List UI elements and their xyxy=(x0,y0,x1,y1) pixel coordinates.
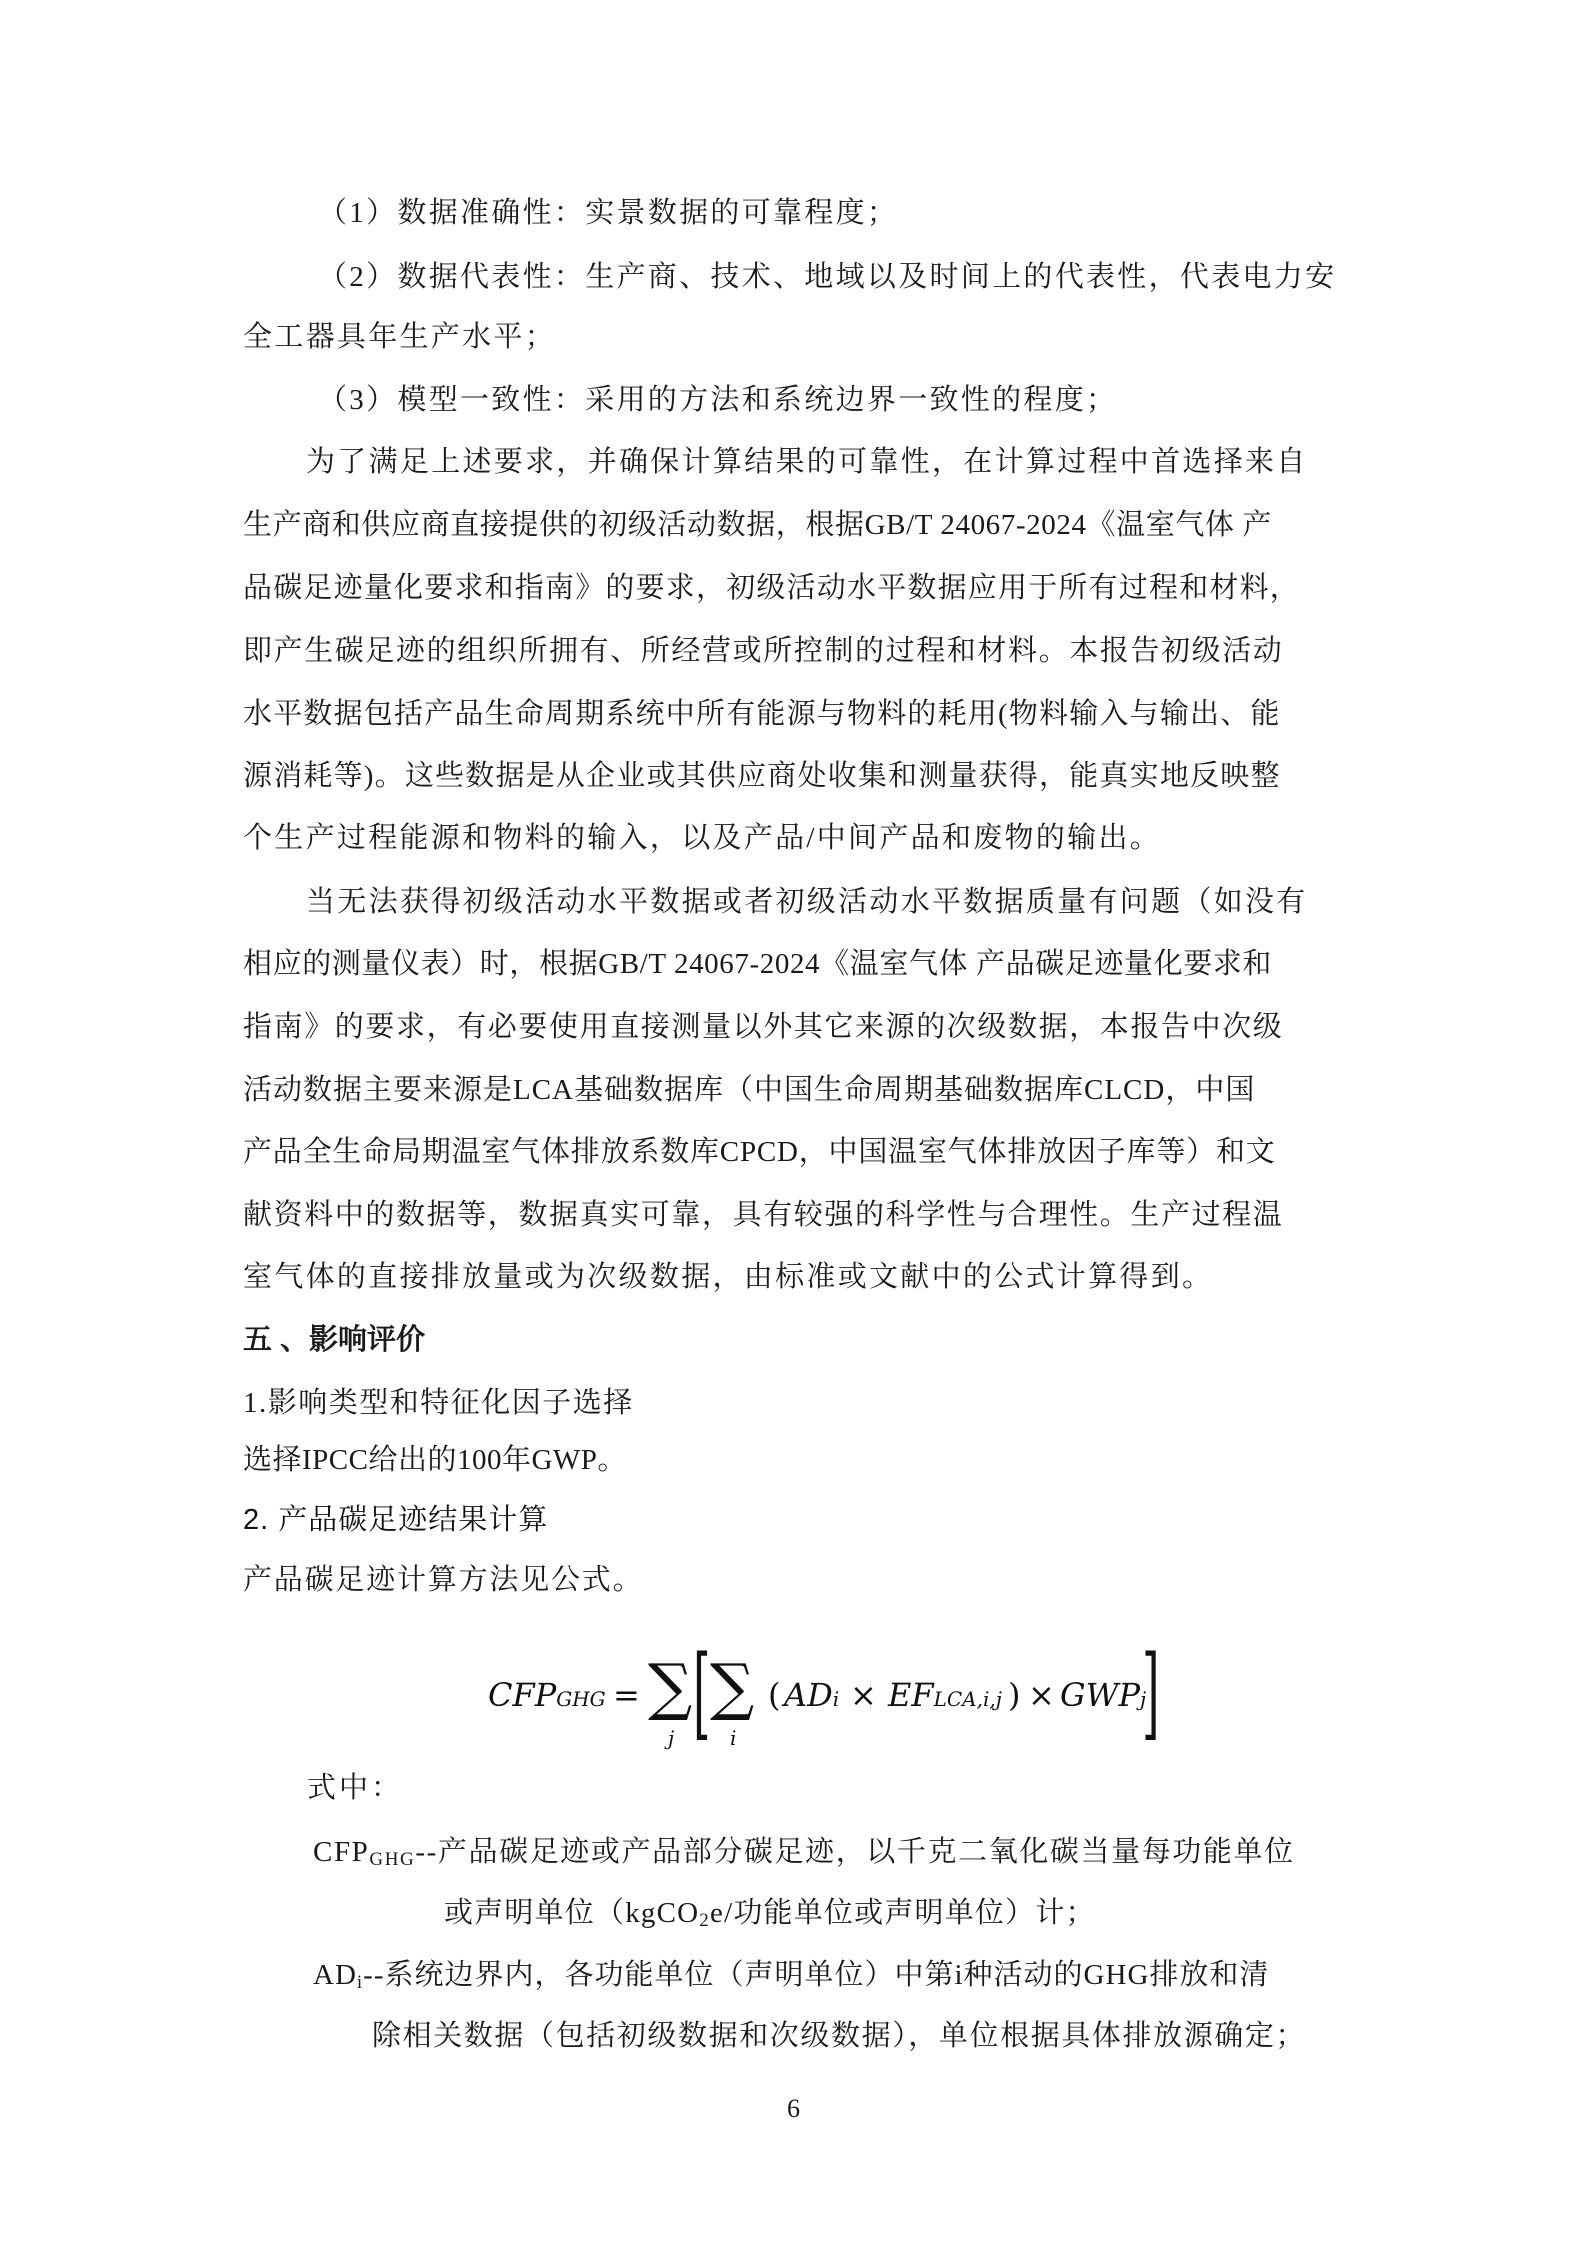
formula-ad: ADi xyxy=(784,1676,839,1714)
definition-ad-cont: 除相关数据（包括初级数据和次级数据），单位根据具体排放源确定； xyxy=(372,2016,1306,2056)
subsection-title-2: 2. 产品碳足迹结果计算 xyxy=(243,1500,548,1540)
inner-sum-index: i xyxy=(730,1726,736,1750)
page-number: 6 xyxy=(787,2094,800,2124)
document-page: （1）数据准确性：实景数据的可靠程度； （2）数据代表性：生产商、技术、地域以及… xyxy=(0,0,1588,2245)
paragraph-line: 指南》的要求，有必要使用直接测量以外其它来源的次级数据，本报告中次级 xyxy=(243,1007,1283,1047)
subsection-body-2: 产品碳足迹计算方法见公式。 xyxy=(243,1560,643,1600)
paragraph-line: 生产商和供应商直接提供的初级活动数据，根据GB/T 24067-2024《温室气… xyxy=(243,505,1272,545)
section-heading: 五 、影响评价 xyxy=(243,1320,425,1360)
definition-ad: ADi--系统边界内，各功能单位（声明单位）中第i种活动的GHG排放和清 xyxy=(313,1955,1269,2003)
times-1: × xyxy=(850,1676,877,1714)
paragraph-line: 室气体的直接排放量或为次级数据，由标准或文献中的公式计算得到。 xyxy=(243,1257,1213,1297)
formula-equals: = xyxy=(613,1676,640,1714)
paragraph-line: 水平数据包括产品生命周期系统中所有能源与物料的耗用(物料输入与输出、能 xyxy=(243,694,1281,734)
definition-cfp-cont: 或声明单位（kgCO2e/功能单位或声明单位）计； xyxy=(444,1893,1096,1941)
right-bracket: ] xyxy=(1142,1634,1160,1751)
where-label: 式中： xyxy=(307,1768,403,1808)
formula-ef: EFLCA,i,j xyxy=(888,1676,1002,1714)
paragraph-primary-data-start: 为了满足上述要求，并确保计算结果的可靠性，在计算过程中首选择来自 xyxy=(306,442,1308,482)
paragraph-line: 全工器具年生产水平； xyxy=(243,317,556,357)
outer-sum-index: j xyxy=(668,1726,674,1750)
inner-sum-symbol: ∑ xyxy=(710,1650,754,1723)
criteria-representativeness: （2）数据代表性：生产商、技术、地域以及时间上的代表性，代表电力安 xyxy=(318,257,1336,297)
carbon-footprint-formula: CFPGHG = ∑ j [ ∑ i ( ADi × EFLCA,i,j ) ×… xyxy=(488,1640,1128,1755)
formula-gwp: GWPj xyxy=(1060,1676,1146,1714)
paragraph-line: 产品全生命局期温室气体排放系数库CPCD，中国温室气体排放因子库等）和文 xyxy=(243,1132,1276,1172)
criteria-consistency: （3）模型一致性：采用的方法和系统边界一致性的程度； xyxy=(318,380,1117,420)
left-bracket: [ xyxy=(693,1634,711,1751)
paragraph-line: 源消耗等)。这些数据是从企业或其供应商处收集和测量获得，能真实地反映整 xyxy=(243,756,1281,796)
paragraph-line: 即产生碳足迹的组织所拥有、所经营或所控制的过程和材料。本报告初级活动 xyxy=(243,631,1283,671)
paragraph-line: 活动数据主要来源是LCA基础数据库（中国生命周期基础数据库CLCD，中国 xyxy=(243,1070,1255,1110)
paragraph-line: 品碳足迹量化要求和指南》的要求，初级活动水平数据应用于所有过程和材料， xyxy=(243,568,1300,608)
definition-cfp: CFPGHG--产品碳足迹或产品部分碳足迹，以千克二氧化碳当量每功能单位 xyxy=(313,1832,1295,1880)
subsection-title-1: 1.影响类型和特征化因子选择 xyxy=(243,1383,634,1423)
paragraph-line: 献资料中的数据等，数据真实可靠，具有较强的科学性与合理性。生产过程温 xyxy=(243,1195,1283,1235)
open-paren: ( xyxy=(768,1676,780,1714)
close-paren: ) xyxy=(1008,1676,1020,1714)
paragraph-line: 相应的测量仪表）时，根据GB/T 24067-2024《温室气体 产品碳足迹量化… xyxy=(243,944,1272,984)
outer-sum-symbol: ∑ xyxy=(648,1650,692,1723)
paragraph-secondary-data-start: 当无法获得初级活动水平数据或者初级活动水平数据质量有问题（如没有 xyxy=(306,882,1308,922)
formula-lhs: CFPGHG xyxy=(488,1676,606,1714)
criteria-accuracy: （1）数据准确性：实景数据的可靠程度； xyxy=(318,193,898,233)
times-2: × xyxy=(1028,1676,1055,1714)
subsection-body-1: 选择IPCC给出的100年GWP。 xyxy=(243,1440,627,1480)
paragraph-line: 个生产过程能源和物料的输入，以及产品/中间产品和废物的输出。 xyxy=(243,818,1161,858)
